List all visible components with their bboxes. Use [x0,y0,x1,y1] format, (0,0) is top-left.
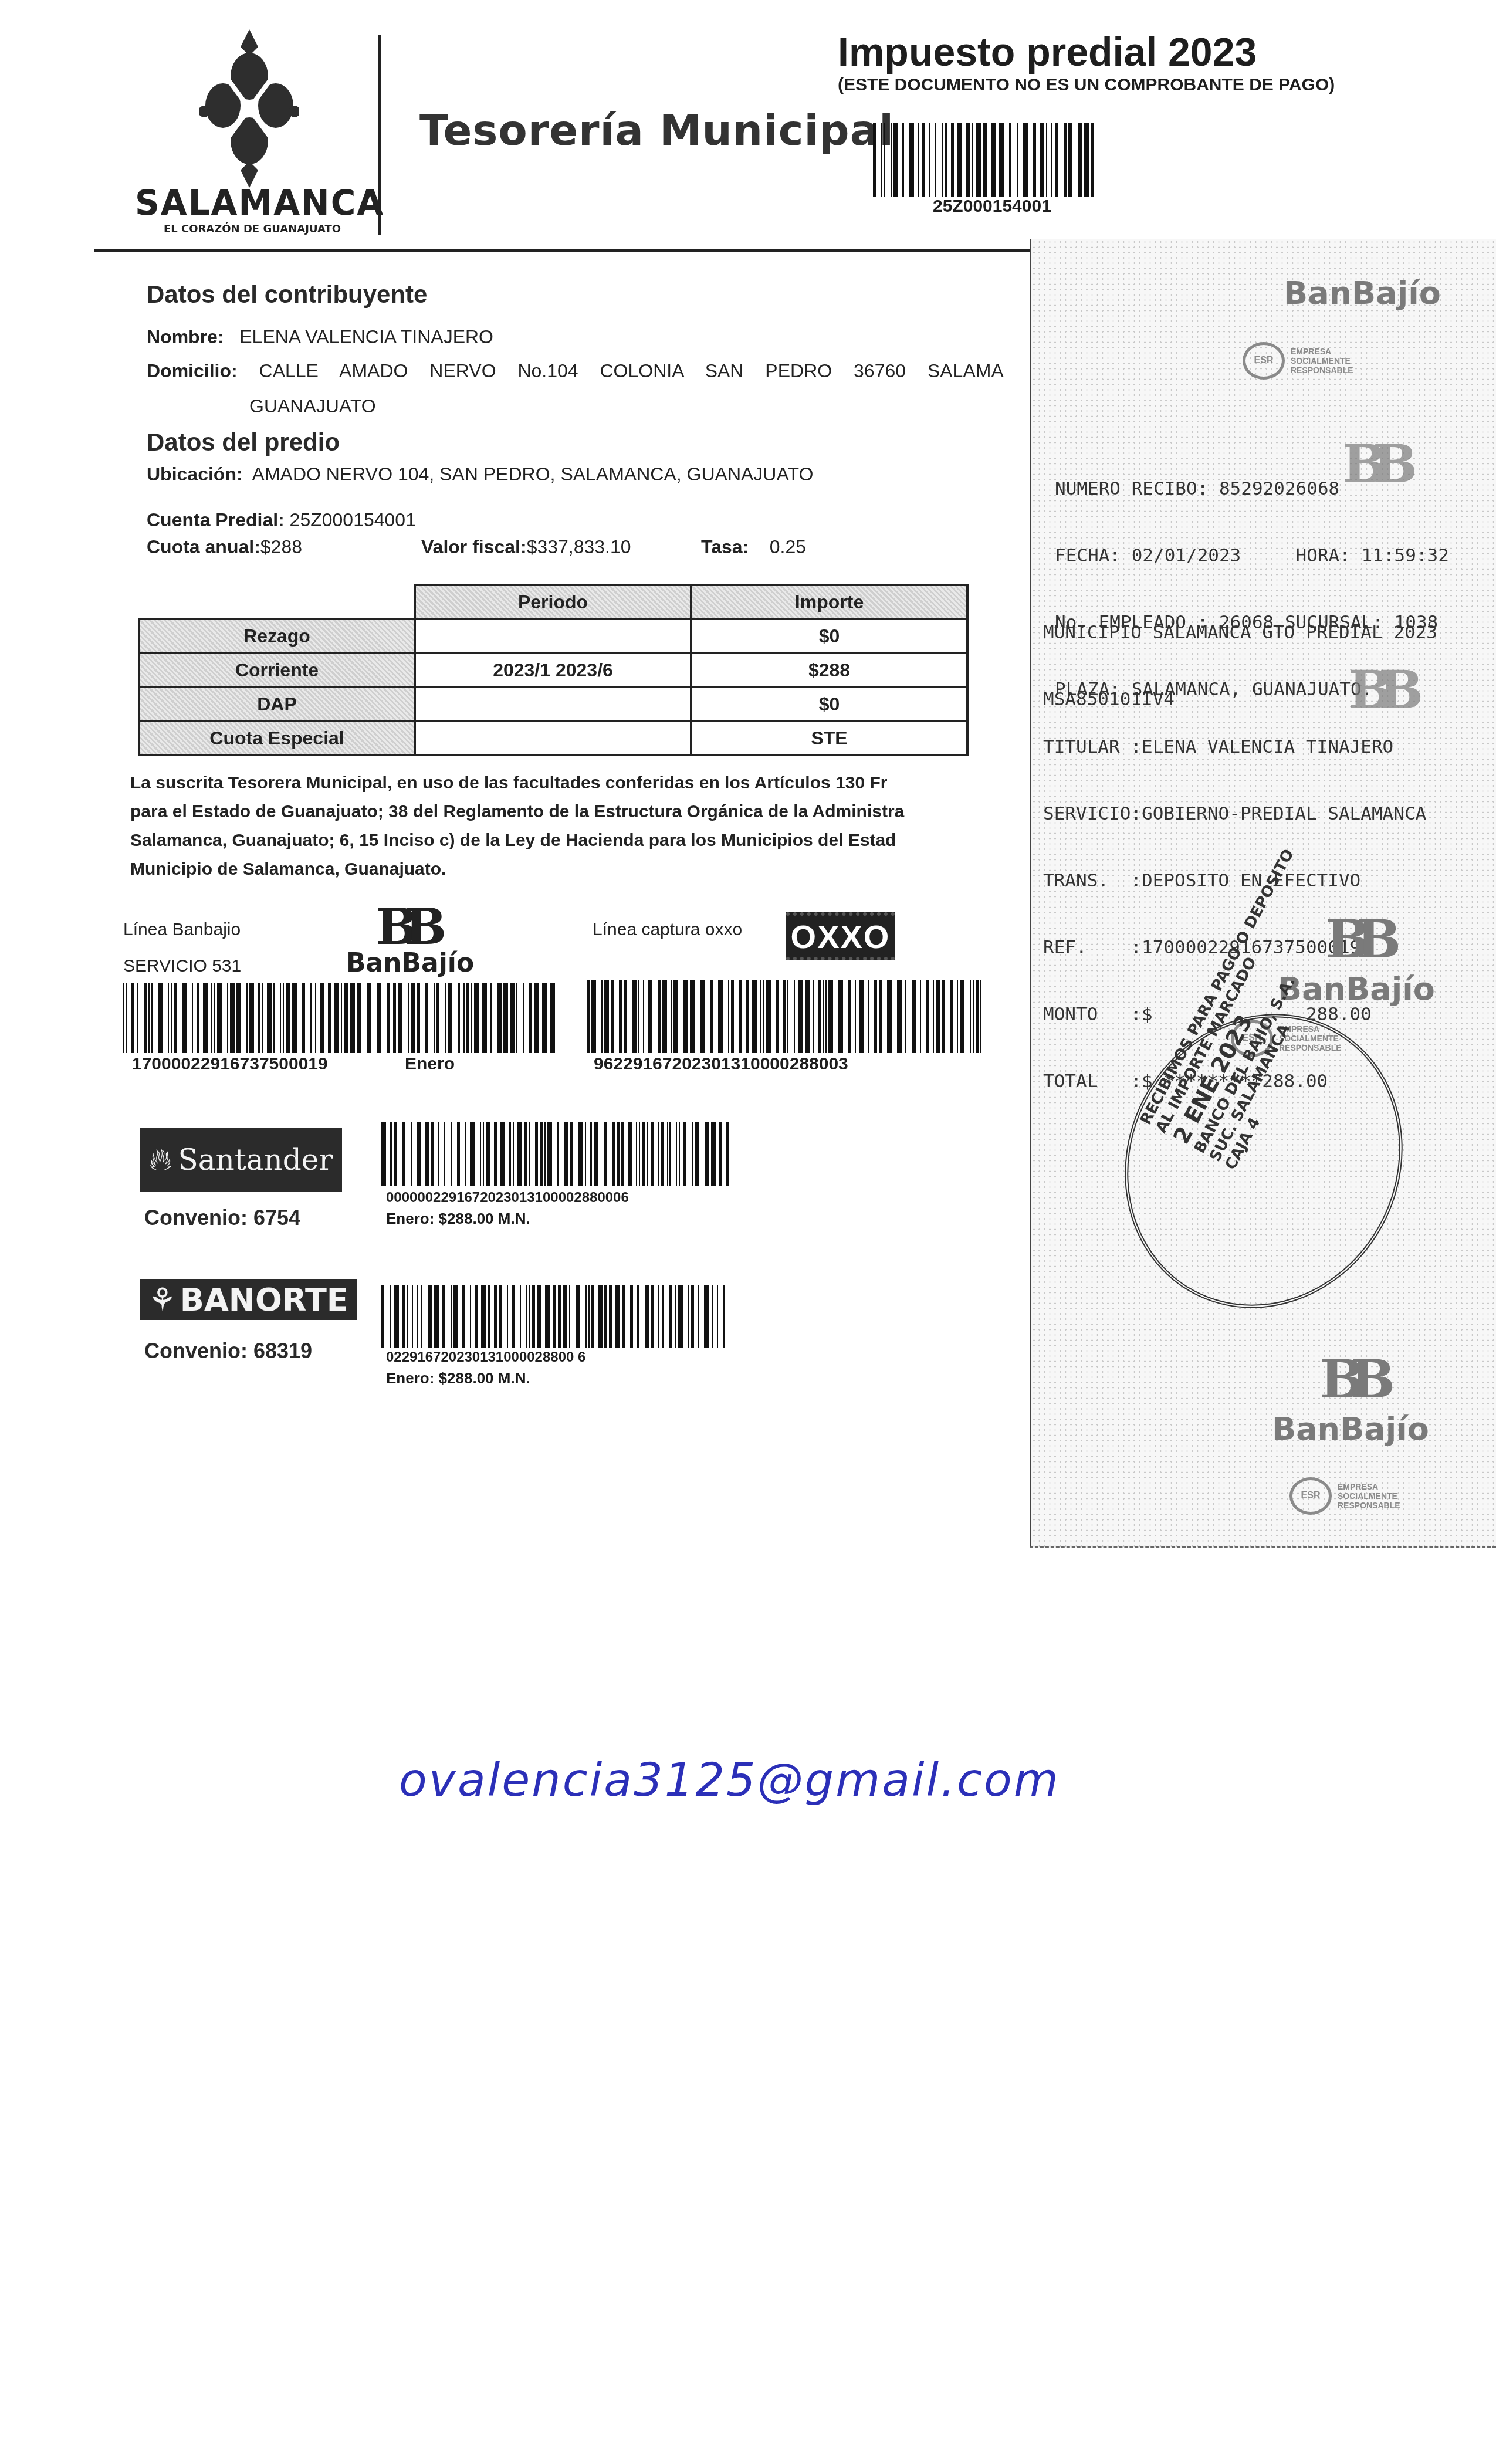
legal-paragraph: La suscrita Tesorera Municipal, en uso d… [130,769,978,884]
banorte-barcode [381,1285,732,1348]
fiscal-value: $337,833.10 [527,536,631,557]
account-value: 25Z000154001 [290,509,416,530]
esr-ring-icon: ESR [1243,342,1285,380]
banbajio-barcode [123,983,560,1053]
taxpayer-name-row: Nombre: ELENA VALENCIA TINAJERO [147,326,493,348]
banbajio-month: Enero [405,1054,455,1074]
document-title: Impuesto predial 2023 [838,29,1257,75]
header-divider [378,35,381,235]
esr-badge: ESR EMPRESA SOCIALMENTE RESPONSABLE [1289,1477,1420,1515]
santander-barcode [381,1122,732,1186]
bank-receipt: BanBajío ESR EMPRESA SOCIALMENTE RESPONS… [1030,239,1496,1548]
esr-text: EMPRESA SOCIALMENTE RESPONSABLE [1291,347,1373,375]
property-section-title: Datos del predio [147,428,340,456]
banbajio-wordmark: BanBajío [346,948,463,978]
salamanca-emblem-icon [199,29,299,188]
property-location: AMADO NERVO 104, SAN PEDRO, SALAMANCA, G… [252,463,814,485]
account-label: Cuenta Predial: [147,509,285,530]
receipt-brand-wordmark: BanBajío [1272,1410,1429,1447]
santander-wordmark: Santander [178,1143,333,1177]
banorte-logo: ⚘ BANORTE [140,1279,357,1320]
santander-agreement: Convenio: 6754 [144,1206,300,1230]
legal-line: La suscrita Tesorera Municipal, en uso d… [130,769,978,797]
city-tagline: EL CORAZÓN DE GUANAJUATO [135,223,370,235]
esr-badge: ESR EMPRESA SOCIALMENTE RESPONSABLE [1243,342,1373,380]
receipt-line: SERVICIO:GOBIERNO-PREDIAL SALAMANCA [1043,803,1426,825]
address-label: Domicilio: [147,360,238,381]
annual-fee-label: Cuota anual: [147,536,260,557]
receipt-line: TITULAR :ELENA VALENCIA TINAJERO [1043,736,1426,758]
row-period [414,686,692,722]
column-header-period: Periodo [414,584,692,620]
santander-reference: 0000002291672023013100002880006 [386,1190,629,1206]
taxpayer-name: ELENA VALENCIA TINAJERO [239,326,493,347]
banbajio-mark-icon: BB [346,903,463,950]
row-concept: Rezago [138,618,416,654]
santander-logo: 🔥︎ Santander [140,1128,342,1192]
santander-amount: Enero: $288.00 M.N. [386,1210,530,1228]
banbajio-service: SERVICIO 531 [123,956,241,976]
receipt-brand-bottom: BB BanBajío [1272,1348,1429,1447]
address-line-1: CALLE AMADO NERVO No.104 COLONIA SAN PED… [259,360,1004,381]
row-amount: $0 [690,686,969,722]
banbajio-line-label: Línea Banbajio [123,920,241,940]
rate-value: 0.25 [770,536,806,557]
row-period [414,618,692,654]
receipt-brand-top: BanBajío [1284,275,1441,312]
column-header-amount: Importe [690,584,969,620]
annual-fee-row: Cuota anual:$288 [147,536,302,558]
banorte-wordmark: BANORTE [180,1281,348,1318]
row-amount: $0 [690,618,969,654]
row-concept: Cuota Especial [138,720,416,756]
receipt-watermark-mark: BB [1342,433,1403,495]
receipt-brand-wordmark: BanBajío [1284,275,1441,312]
address-line-2: GUANAJUATO [249,395,376,417]
row-period [414,720,692,756]
handwritten-email: ovalencia3125@gmail.com [399,1754,1060,1807]
banorte-amount: Enero: $288.00 M.N. [386,1369,530,1387]
account-barcode [873,123,1099,197]
account-row: Cuenta Predial: 25Z000154001 [147,509,416,531]
banorte-agreement: Convenio: 68319 [144,1339,312,1363]
banorte-symbol-icon: ⚘ [148,1281,176,1318]
salamanca-logo: SALAMANCA EL CORAZÓN DE GUANAJUATO [135,29,370,246]
receipt-line: MUNICIPIO SALAMANCA GTO PREDIAL 2023 [1043,621,1437,644]
fiscal-value-label: Valor fiscal: [421,536,527,557]
banbajio-logo: BB BanBajío [346,903,463,978]
fiscal-value-row: Valor fiscal:$337,833.10 [421,536,631,558]
oxxo-reference: 96229167202301310000288003 [594,1054,848,1074]
legal-line: Municipio de Salamanca, Guanajuato. [130,855,978,884]
esr-text: EMPRESA SOCIALMENTE RESPONSABLE [1338,1482,1420,1510]
row-amount: STE [690,720,969,756]
taxpayer-section-title: Datos del contribuyente [147,280,427,309]
santander-flame-icon: 🔥︎ [149,1141,172,1179]
department-title: Tesorería Municipal [419,106,894,155]
banbajio-reference: 17000022916737500019 [132,1054,328,1074]
taxpayer-address-row: Domicilio: CALLE AMADO NERVO No.104 COLO… [147,360,1027,382]
row-concept: Corriente [138,652,416,688]
annual-fee-value: $288 [260,536,302,557]
row-concept: DAP [138,686,416,722]
esr-ring-icon: ESR [1289,1477,1332,1515]
city-name: SALAMANCA [135,183,370,223]
document-subtitle: (ESTE DOCUMENTO NO ES UN COMPROBANTE DE … [838,75,1335,95]
oxxo-logo: OXXO [786,912,895,960]
banorte-reference: 022916720230131000028800 6 [386,1349,585,1366]
location-label: Ubicación: [147,463,243,485]
rate-row: Tasa: 0.25 [701,536,806,558]
account-barcode-number: 25Z000154001 [933,197,1051,216]
oxxo-line-label: Línea captura oxxo [593,920,742,940]
legal-line: para el Estado de Guanajuato; 38 del Reg… [130,797,978,826]
property-location-row: Ubicación: AMADO NERVO 104, SAN PEDRO, S… [147,463,813,485]
row-period: 2023/1 2023/6 [414,652,692,688]
row-amount: $288 [690,652,969,688]
banbajio-mark-icon: BB [1272,1348,1429,1410]
rate-label: Tasa: [701,536,749,557]
legal-line: Salamanca, Guanajuato; 6, 15 Inciso c) d… [130,826,978,855]
receipt-line: FECHA: 02/01/2023 HORA: 11:59:32 [1055,544,1449,567]
banbajio-mark-icon: BB [1342,433,1403,495]
oxxo-barcode [587,980,986,1053]
receipt-line: TRANS. :DEPOSITO EN EFECTIVO [1043,869,1426,892]
name-label: Nombre: [147,326,224,347]
